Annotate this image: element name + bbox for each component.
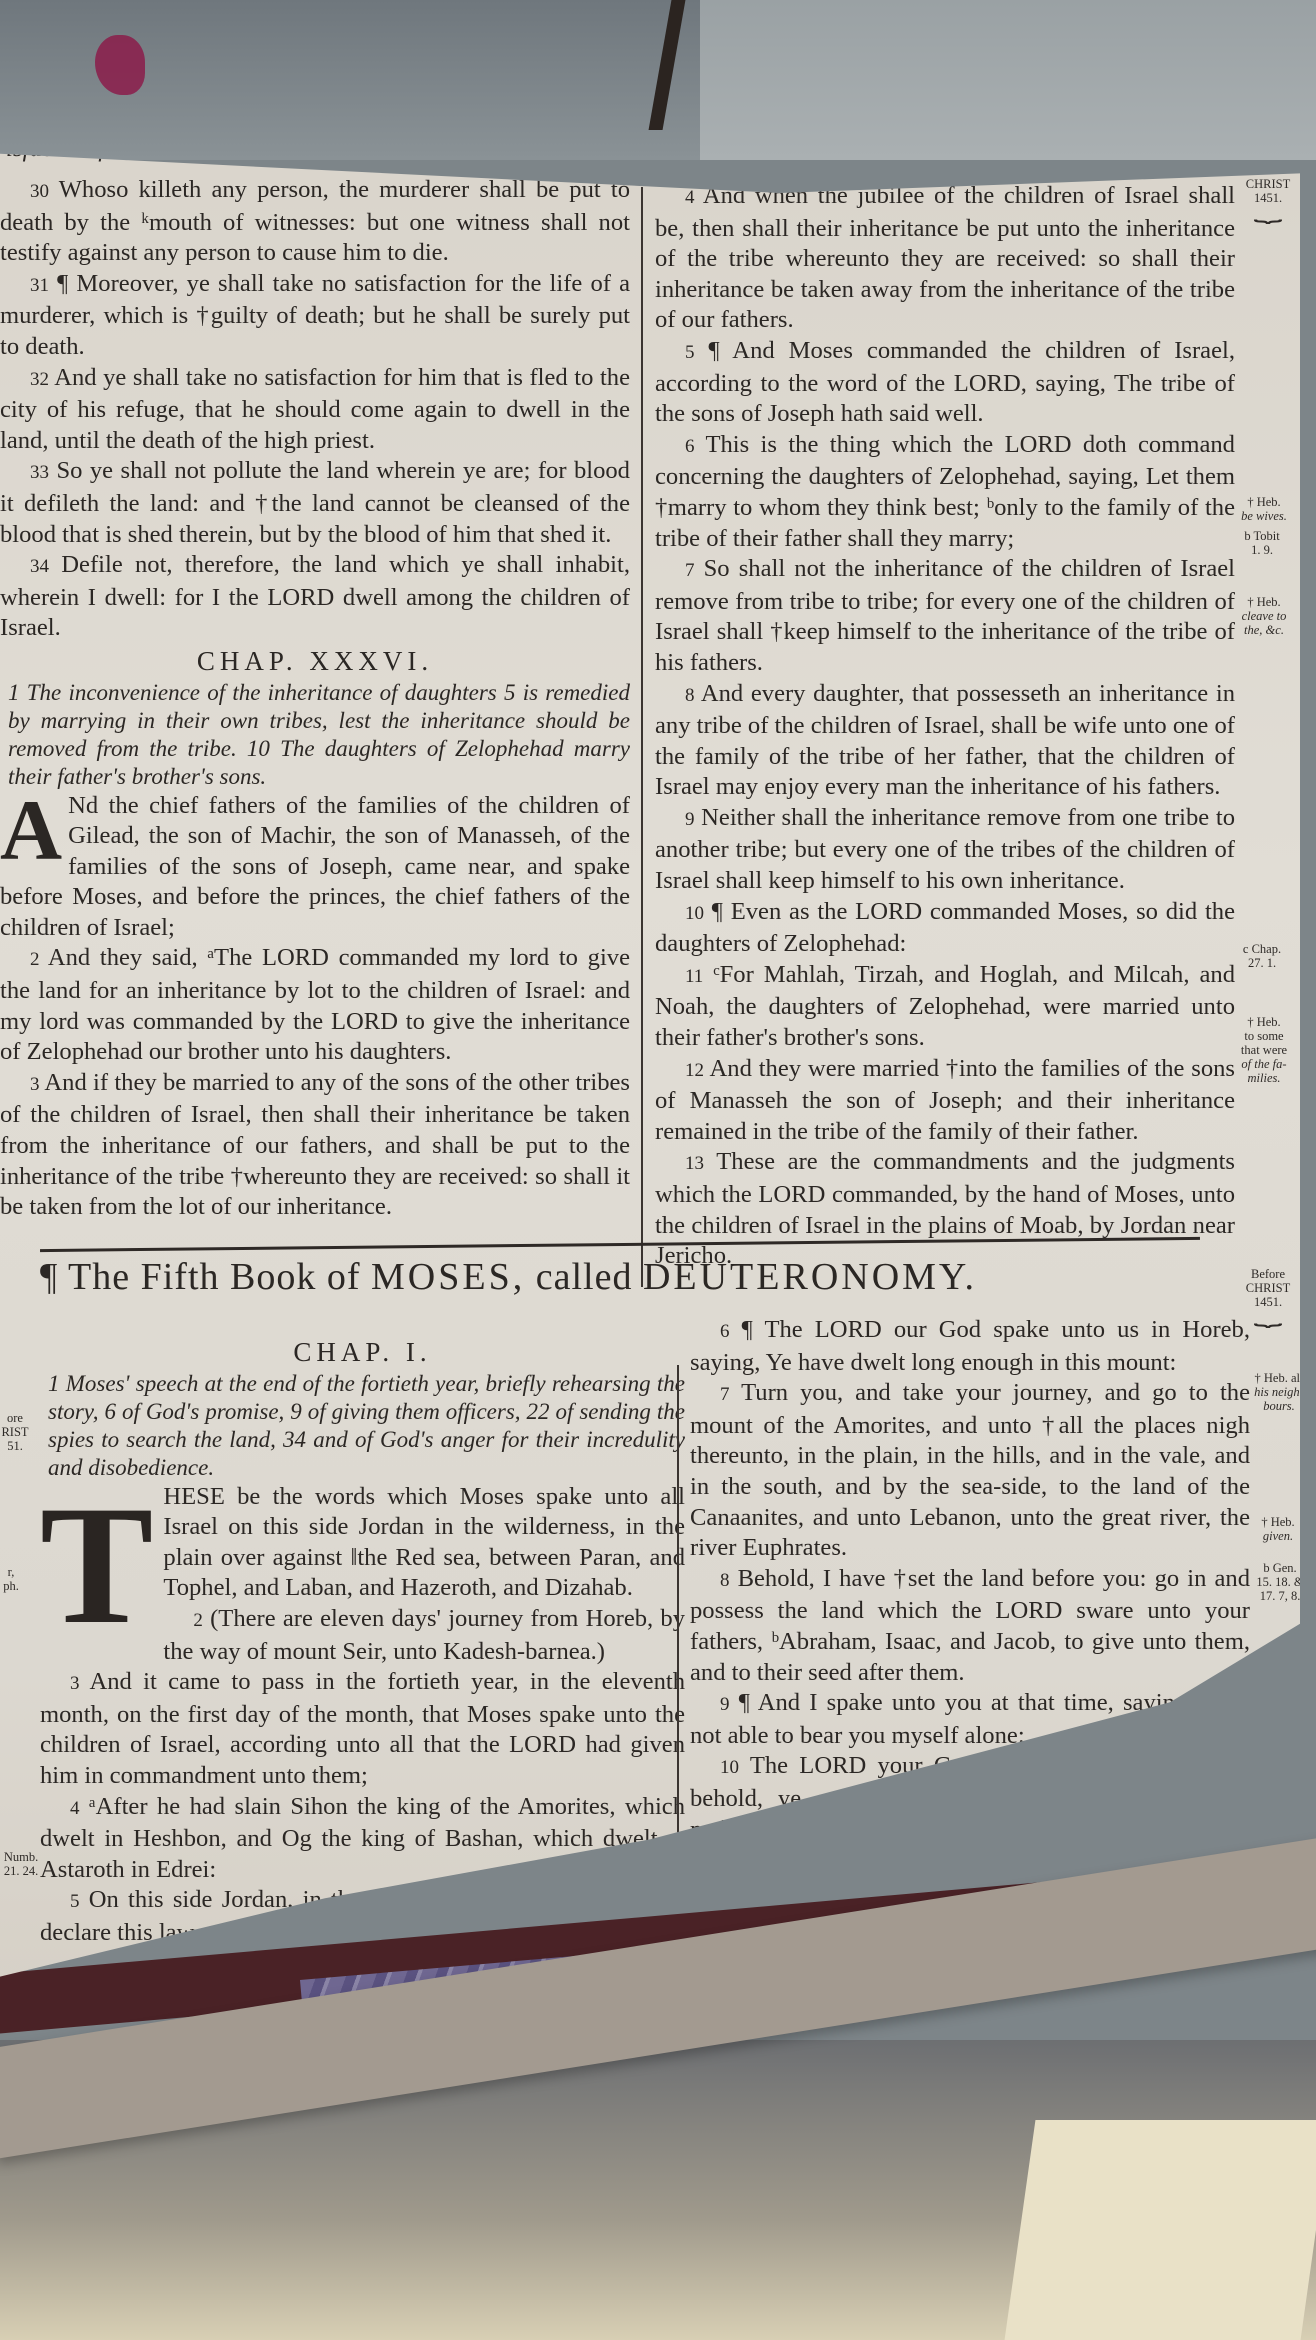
margin-note-heb-some: † Heb. to some that were of the fa- mili… xyxy=(1234,1015,1294,1085)
verse-7: 7 So shall not the inheritance of the ch… xyxy=(655,554,1235,678)
background-cream-surface xyxy=(1005,2120,1316,2340)
margin-note-left-bc: ore RIST 51. xyxy=(0,1411,30,1453)
brace-icon: ⏟ xyxy=(1202,1309,1316,1319)
verse-32: 32 And ye shall take no satisfaction for… xyxy=(0,363,630,457)
column-divider-top xyxy=(641,187,643,1287)
deut-verse-4: 4 ᵃAfter he had slain Sihon the king of … xyxy=(40,1792,685,1886)
verse-3: 3 And if they be married to any of the s… xyxy=(0,1068,630,1223)
verse-34: 34 Defile not, therefore, the land which… xyxy=(0,550,630,644)
left-column-top: 30 Whoso killeth any person, the murdere… xyxy=(0,175,630,1223)
margin-note-chap-27: c Chap. 27. 1. xyxy=(1232,942,1292,970)
margin-note-numb: Numb. 21. 24. xyxy=(0,1850,42,1878)
verse-30: 30 Whoso killeth any person, the murdere… xyxy=(0,175,630,269)
chapter-heading-xxxvi: CHAP. XXXVI. xyxy=(0,646,630,677)
verse-11: 11 ᶜFor Mahlah, Tirzah, and Hoglah, and … xyxy=(655,960,1235,1054)
margin-note-gen: b Gen. 15. 18. & 17. 7, 8. xyxy=(1252,1561,1308,1603)
drop-cap-t: T xyxy=(40,1490,153,1640)
background-stone-right xyxy=(700,0,1316,160)
flower-petal xyxy=(95,35,145,95)
chapter-summary-i: 1 Moses' speech at the end of the fortie… xyxy=(40,1370,685,1482)
deut-verse-10: 10 The LORD your God hath multiplied you… xyxy=(690,1751,1250,1845)
margin-note-heb-given: † Heb. given. xyxy=(1252,1515,1304,1543)
verse-1-deut: THESE be the words which Moses spake unt… xyxy=(40,1482,685,1604)
margin-note-before-christ: Before CHRIST 1451. ⏟ xyxy=(1238,163,1298,215)
bible-page: isfaction for murder. CHAP. XXXVI. The l… xyxy=(0,95,1300,2055)
margin-note-left-partial: r, ph. xyxy=(0,1565,22,1593)
drop-cap-a: A xyxy=(0,795,62,865)
left-column-bottom: CHAP. I. 1 Moses' speech at the end of t… xyxy=(40,1335,685,1949)
verse-5: 5 ¶ And Moses commanded the children of … xyxy=(655,336,1235,430)
verse-13: 13 These are the commandments and the ju… xyxy=(655,1147,1235,1271)
margin-note-heb-wives: † Heb. be wives. xyxy=(1232,495,1296,523)
column-divider-bottom xyxy=(677,1365,679,1965)
verse-31: 31 ¶ Moreover, ye shall take no satisfac… xyxy=(0,269,630,363)
verse-12: 12 And they were married †into the famil… xyxy=(655,1054,1235,1148)
deut-verse-9: 9 ¶ And I spake unto you at that time, s… xyxy=(690,1688,1250,1751)
verse-6: 6 This is the thing which the LORD doth … xyxy=(655,430,1235,554)
verse-2: 2 And they said, ᵃThe LORD commanded my … xyxy=(0,943,630,1067)
chapter-heading-i: CHAP. I. xyxy=(40,1337,685,1368)
deut-verse-7: 7 Turn you, and take your journey, and g… xyxy=(690,1378,1250,1564)
verse-9: 9 Neither shall the inheritance remove f… xyxy=(655,803,1235,897)
deut-verse-6: 6 ¶ The LORD our God spake unto us in Ho… xyxy=(690,1315,1250,1378)
verse-4: 4 And when the jubilee of the children o… xyxy=(655,181,1235,336)
verse-33: 33 So ye shall not pollute the land wher… xyxy=(0,456,630,550)
verse-1-numbers-36: ANd the chief fathers of the families of… xyxy=(0,791,630,944)
book-title-deuteronomy: ¶ The Fifth Book of MOSES, called DEUTER… xyxy=(40,1255,977,1299)
deut-verse-8: 8 Behold, I have †set the land before yo… xyxy=(690,1564,1250,1688)
margin-note-heb-cleave: † Heb. cleave to the, &c. xyxy=(1232,595,1296,637)
margin-note-tobit: b Tobit 1. 9. xyxy=(1232,529,1292,557)
verse-8: 8 And every daughter, that possesseth an… xyxy=(655,679,1235,803)
verse-10: 10 ¶ Even as the LORD commanded Moses, s… xyxy=(655,897,1235,960)
margin-note-heb-neighbours: † Heb. all his neigh- bours. xyxy=(1250,1371,1308,1413)
chapter-summary-xxxvi: 1 The inconvenience of the inheritance o… xyxy=(0,679,630,791)
brace-icon: ⏟ xyxy=(1202,205,1316,215)
right-column-top: 4 And when the jubilee of the children o… xyxy=(655,181,1235,1272)
deut-verse-3: 3 And it came to pass in the fortieth ye… xyxy=(40,1667,685,1791)
margin-note-before-christ-2: Before CHRIST 1451. ⏟ xyxy=(1238,1267,1298,1319)
